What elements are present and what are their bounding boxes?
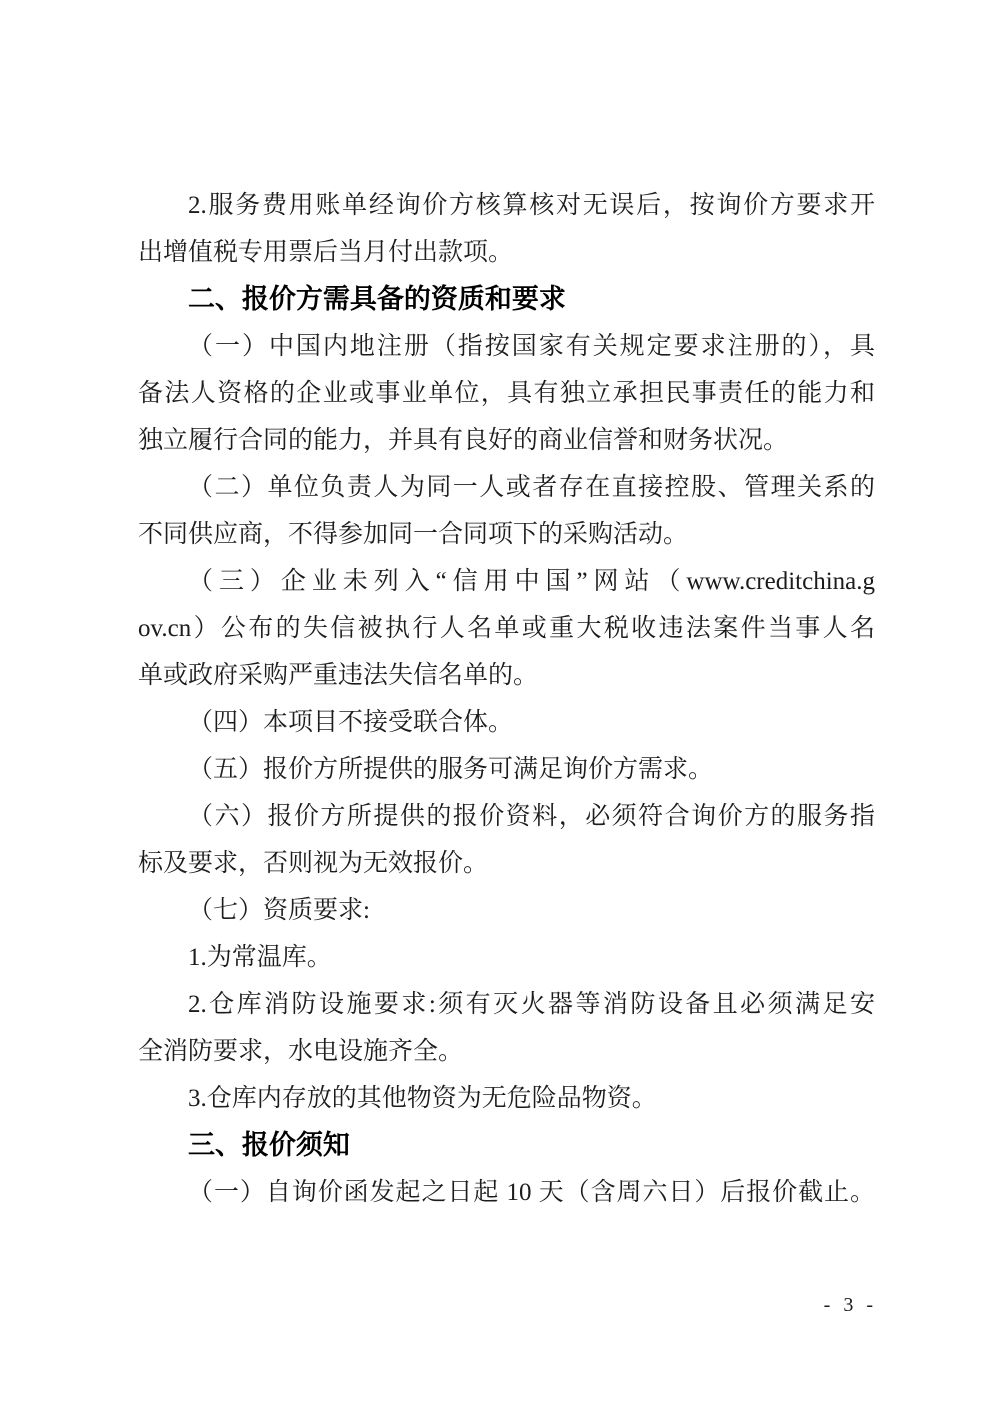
paragraph-line: （六）报价方所提供的报价资料，必须符合询价方的服务指 (138, 793, 875, 840)
section-heading-3: 三、报价须知 (138, 1122, 875, 1169)
paragraph-line: 单或政府采购严重违法失信名单的。 (138, 652, 875, 699)
paragraph-line: 独立履行合同的能力，并具有良好的商业信誉和财务状况。 (138, 417, 875, 464)
paragraph-line: 不同供应商，不得参加同一合同项下的采购活动。 (138, 511, 875, 558)
paragraph-line: （二）单位负责人为同一人或者存在直接控股、管理关系的 (138, 464, 875, 511)
paragraph-line: 全消防要求，水电设施齐全。 (138, 1028, 875, 1075)
paragraph-line: 备法人资格的企业或事业单位，具有独立承担民事责任的能力和 (138, 370, 875, 417)
paragraph-line: 标及要求，否则视为无效报价。 (138, 840, 875, 887)
paragraph-line: （一）中国内地注册（指按国家有关规定要求注册的），具 (138, 323, 875, 370)
paragraph-line: （五）报价方所提供的服务可满足询价方需求。 (138, 746, 875, 793)
paragraph-line: （七）资质要求: (138, 887, 875, 934)
paragraph-line: 出增值税专用票后当月付出款项。 (138, 229, 875, 276)
section-heading-2: 二、报价方需具备的资质和要求 (138, 276, 875, 323)
document-body: 2.服务费用账单经询价方核算核对无误后，按询价方要求开 出增值税专用票后当月付出… (138, 182, 875, 1216)
paragraph-line: （三）企业未列入“信用中国”网站（www.creditchina.g (138, 558, 875, 605)
paragraph-line: 2.服务费用账单经询价方核算核对无误后，按询价方要求开 (138, 182, 875, 229)
page-number: - 3 - (824, 1294, 877, 1317)
paragraph-line: 1.为常温库。 (138, 934, 875, 981)
document-page: 2.服务费用账单经询价方核算核对无误后，按询价方要求开 出增值税专用票后当月付出… (0, 0, 1000, 1414)
paragraph-line: （一）自询价函发起之日起 10 天（含周六日）后报价截止。 (138, 1169, 875, 1216)
paragraph-line: （四）本项目不接受联合体。 (138, 699, 875, 746)
paragraph-line: 2.仓库消防设施要求:须有灭火器等消防设备且必须满足安 (138, 981, 875, 1028)
paragraph-line: 3.仓库内存放的其他物资为无危险品物资。 (138, 1075, 875, 1122)
paragraph-line: ov.cn）公布的失信被执行人名单或重大税收违法案件当事人名 (138, 605, 875, 652)
